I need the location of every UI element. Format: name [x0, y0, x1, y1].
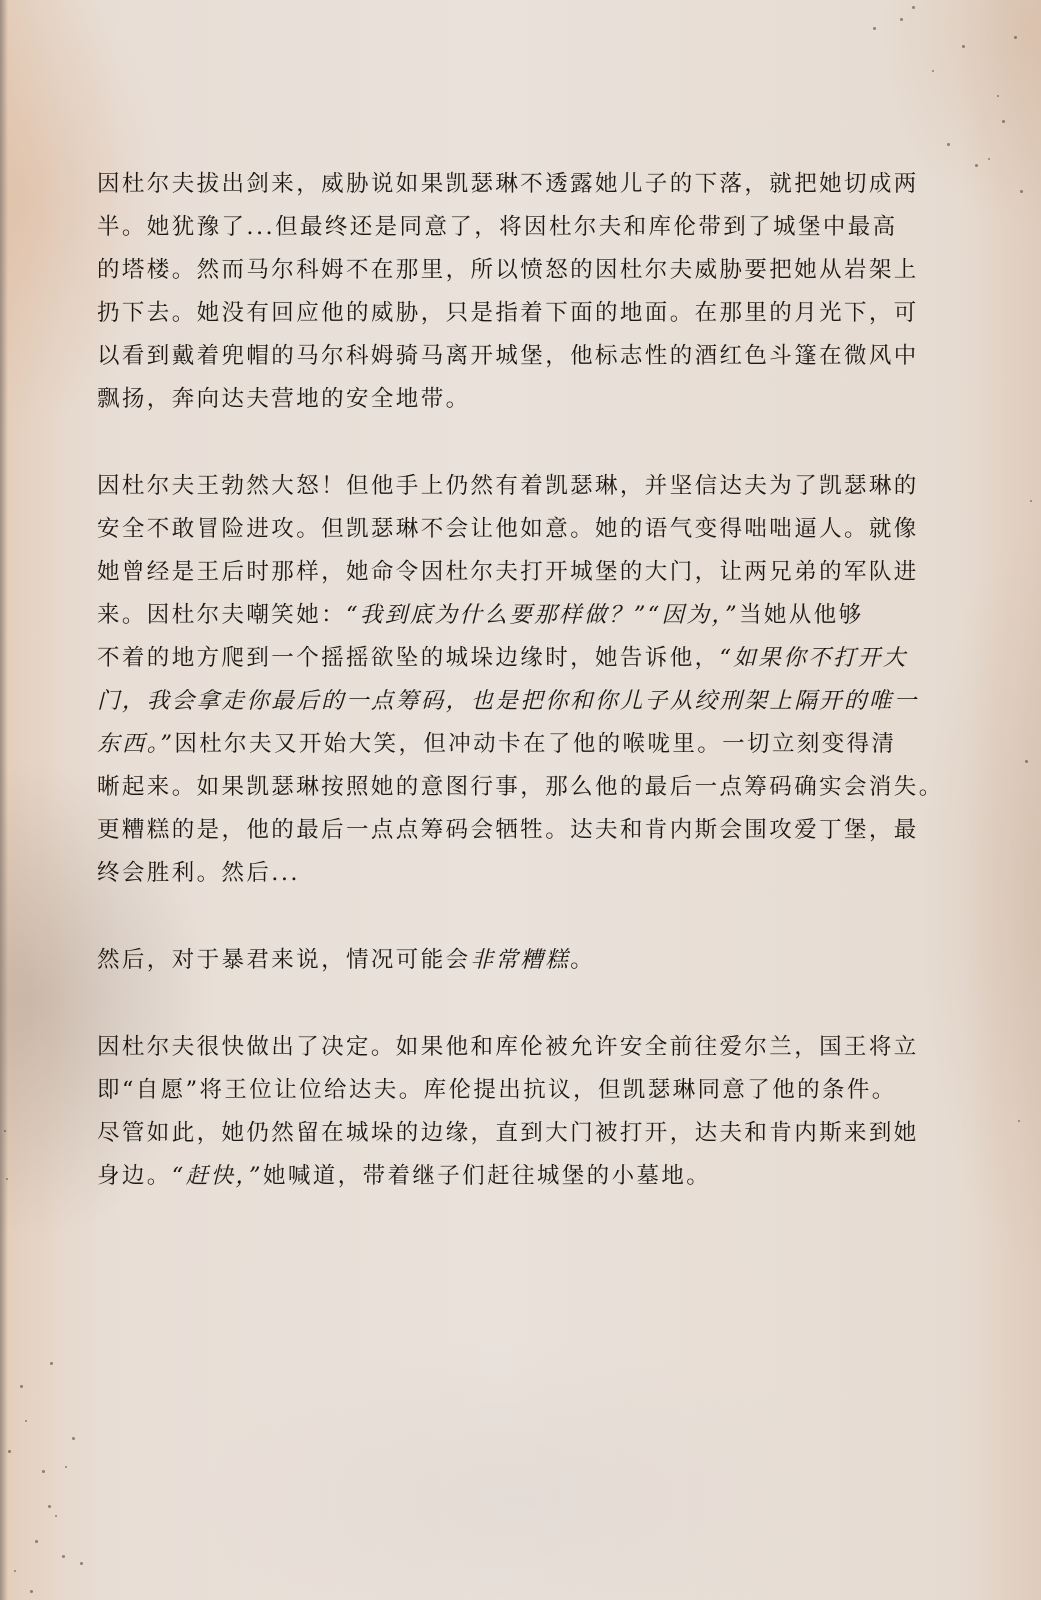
- text-run: 身边。: [97, 1163, 172, 1189]
- text-line: 东西。”因杜尔夫又开始大笑，但冲动卡在了他的喉咙里。一切立刻变得清: [97, 723, 947, 766]
- text-line: 因杜尔夫王勃然大怒！但他手上仍然有着凯瑟琳，并坚信达夫为了凯瑟琳的: [97, 465, 947, 508]
- text-run: 安全不敢冒险进攻。但凯瑟琳不会让他如意。她的语气变得咄咄逼人。就像: [97, 516, 919, 542]
- text-line: 来。因杜尔夫嘲笑她：“我到底为什么要那样做？”“因为，”当她从他够: [97, 594, 947, 637]
- text-run: 晰起来。如果凯瑟琳按照她的意图行事，那么他的最后一点筹码确实会消失。: [97, 774, 944, 800]
- text-line: 扔下去。她没有回应他的威胁，只是指着下面的地面。在那里的月光下，可: [97, 292, 947, 335]
- text-line: 的塔楼。然而马尔科姆不在那里，所以愤怒的因杜尔夫威胁要把她从岩架上: [97, 249, 947, 292]
- paragraph-decision: 因杜尔夫很快做出了决定。如果他和库伦被允许安全前往爱尔兰，国王将立即“自愿”将王…: [97, 1026, 947, 1198]
- text-line: 终会胜利。然后...: [97, 852, 947, 895]
- text-run: 更糟糕的是，他的最后一点点筹码会牺牲。达夫和肯内斯会围攻爱丁堡，最: [97, 817, 919, 843]
- text-line: 然后，对于暴君来说，情况可能会非常糟糕。: [97, 939, 947, 982]
- text-run: 因杜尔夫又开始大笑，但冲动卡在了他的喉咙里。一切立刻变得清: [174, 731, 896, 757]
- text-run: 她喊道，带着继子们赶往城堡的小墓地。: [263, 1163, 711, 1189]
- text-line: 以看到戴着兜帽的马尔科姆骑马离开城堡，他标志性的酒红色斗篷在微风中: [97, 335, 947, 378]
- text-run: 因杜尔夫王勃然大怒！但他手上仍然有着凯瑟琳，并坚信达夫为了凯瑟琳的: [97, 473, 919, 499]
- text-line: 尽管如此，她仍然留在城垛的边缘，直到大门被打开，达夫和肯内斯来到她: [97, 1112, 947, 1155]
- document-body: 因杜尔夫拔出剑来，威胁说如果凯瑟琳不透露她儿子的下落，就把她切成两半。她犹豫了.…: [97, 163, 947, 1198]
- paragraph-gap: [97, 421, 947, 465]
- text-run: 来。因杜尔夫嘲笑她：: [97, 602, 346, 628]
- paragraph-sword-threat: 因杜尔夫拔出剑来，威胁说如果凯瑟琳不透露她儿子的下落，就把她切成两半。她犹豫了.…: [97, 163, 947, 421]
- text-line: 飘扬，奔向达夫营地的安全地带。: [97, 378, 947, 421]
- text-run: 以看到戴着兜帽的马尔科姆骑马离开城堡，他标志性的酒红色斗篷在微风中: [97, 343, 919, 369]
- text-line: 身边。“赶快，”她喊道，带着继子们赶往城堡的小墓地。: [97, 1155, 947, 1198]
- paragraph-tyrant-outcome: 然后，对于暴君来说，情况可能会非常糟糕。: [97, 939, 947, 982]
- text-run: 当她从他够: [739, 602, 864, 628]
- italic-text: 东西。”: [97, 731, 174, 757]
- text-run: 即“自愿”将王位让位给达夫。库伦提出抗议，但凯瑟琳同意了他的条件。: [97, 1077, 897, 1103]
- text-run: 因杜尔夫很快做出了决定。如果他和库伦被允许安全前往爱尔兰，国王将立: [97, 1034, 919, 1060]
- text-line: 不着的地方爬到一个摇摇欲坠的城垛边缘时，她告诉他，“如果你不打开大: [97, 637, 947, 680]
- italic-text: “赶快，”: [172, 1163, 263, 1189]
- italic-text: 门，我会拿走你最后的一点筹码，也是把你和你儿子从绞刑架上隔开的唯一: [97, 688, 919, 714]
- text-run: 飘扬，奔向达夫营地的安全地带。: [97, 386, 471, 412]
- text-run: 半。她犹豫了...但最终还是同意了，将因杜尔夫和库伦带到了城堡中最高: [97, 214, 898, 240]
- text-line: 更糟糕的是，他的最后一点点筹码会牺牲。达夫和肯内斯会围攻爱丁堡，最: [97, 809, 947, 852]
- text-run: 然后，对于暴君来说，情况可能会: [97, 947, 471, 973]
- text-line: 即“自愿”将王位让位给达夫。库伦提出抗议，但凯瑟琳同意了他的条件。: [97, 1069, 947, 1112]
- text-run: 终会胜利。然后...: [97, 860, 300, 886]
- italic-text: “我到底为什么要那样做？”“因为，”: [346, 602, 739, 628]
- text-run: 她曾经是王后时那样，她命令因杜尔夫打开城堡的大门，让两兄弟的军队进: [97, 559, 919, 585]
- text-line: 她曾经是王后时那样，她命令因杜尔夫打开城堡的大门，让两兄弟的军队进: [97, 551, 947, 594]
- text-run: 的塔楼。然而马尔科姆不在那里，所以愤怒的因杜尔夫威胁要把她从岩架上: [97, 257, 919, 283]
- paragraph-king-enraged: 因杜尔夫王勃然大怒！但他手上仍然有着凯瑟琳，并坚信达夫为了凯瑟琳的安全不敢冒险进…: [97, 465, 947, 895]
- text-run: 尽管如此，她仍然留在城垛的边缘，直到大门被打开，达夫和肯内斯来到她: [97, 1120, 919, 1146]
- text-line: 半。她犹豫了...但最终还是同意了，将因杜尔夫和库伦带到了城堡中最高: [97, 206, 947, 249]
- text-line: 因杜尔夫很快做出了决定。如果他和库伦被允许安全前往爱尔兰，国王将立: [97, 1026, 947, 1069]
- text-run: 。: [570, 947, 595, 973]
- italic-text: 非常糟糕: [471, 947, 571, 973]
- paragraph-gap: [97, 895, 947, 939]
- text-line: 门，我会拿走你最后的一点筹码，也是把你和你儿子从绞刑架上隔开的唯一: [97, 680, 947, 723]
- italic-text: “如果你不打开大: [720, 645, 908, 671]
- page-edge-shadow: [0, 0, 8, 1600]
- text-run: 因杜尔夫拔出剑来，威胁说如果凯瑟琳不透露她儿子的下落，就把她切成两: [97, 171, 919, 197]
- paragraph-gap: [97, 982, 947, 1026]
- text-line: 晰起来。如果凯瑟琳按照她的意图行事，那么他的最后一点筹码确实会消失。: [97, 766, 947, 809]
- text-run: 不着的地方爬到一个摇摇欲坠的城垛边缘时，她告诉他，: [97, 645, 720, 671]
- text-line: 安全不敢冒险进攻。但凯瑟琳不会让他如意。她的语气变得咄咄逼人。就像: [97, 508, 947, 551]
- text-run: 扔下去。她没有回应他的威胁，只是指着下面的地面。在那里的月光下，可: [97, 300, 919, 326]
- text-line: 因杜尔夫拔出剑来，威胁说如果凯瑟琳不透露她儿子的下落，就把她切成两: [97, 163, 947, 206]
